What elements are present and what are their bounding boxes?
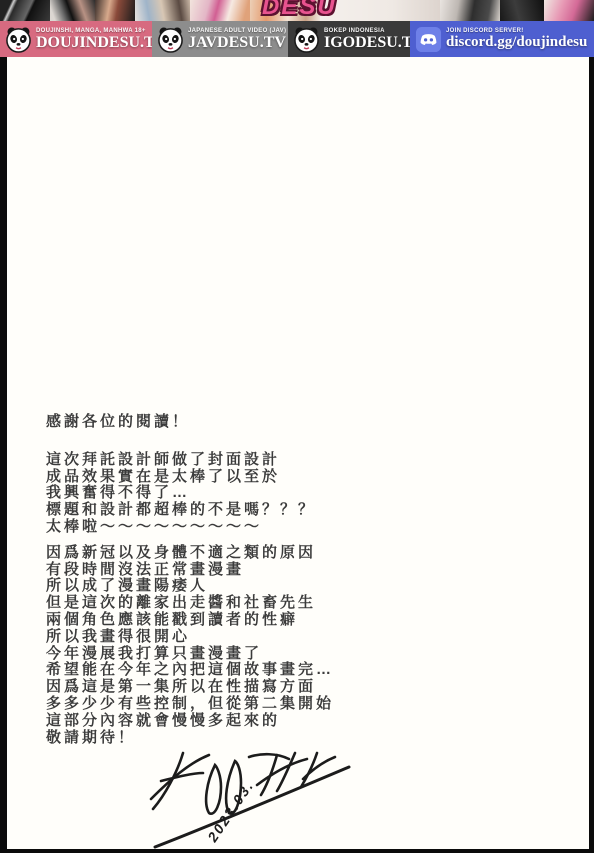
- afterword-line: 希望能在今年之內把這個故事畫完…: [46, 662, 334, 679]
- banner-art-cell: [500, 0, 544, 21]
- site-link-igodesu[interactable]: BOKEP INDONESIA IGODESU.TV: [288, 21, 410, 57]
- banner-art-cell: [135, 0, 190, 21]
- banner-art-cell: DESU: [320, 0, 440, 21]
- banner-artwork: DESU: [0, 0, 594, 21]
- panda-icon: [5, 26, 32, 53]
- author-signature: 2023.03.: [137, 751, 407, 851]
- site-name: IGODESU.TV: [324, 34, 410, 51]
- afterword-line: 因爲新冠以及身體不適之類的原因: [46, 545, 334, 562]
- site-text: JOIN DISCORD SERVER! discord.gg/doujinde…: [446, 28, 587, 51]
- site-name: discord.gg/doujindesu: [446, 34, 587, 51]
- banner-art-cell: [544, 0, 594, 21]
- panda-icon: [293, 26, 320, 53]
- site-link-javdesu[interactable]: JAPANESE ADULT VIDEO (JAV) JAVDESU.TV: [152, 21, 288, 57]
- afterword-line: 敬請期待！: [46, 730, 334, 747]
- banner-art-cell: [190, 0, 250, 21]
- afterword-paragraph: 因爲新冠以及身體不適之類的原因 有段時間沒法正常畫漫畫 所以成了漫畫陽痿人 但是…: [46, 545, 334, 747]
- site-name: JAVDESU.TV: [188, 34, 286, 51]
- afterword-line: 感謝各位的閱讀！: [46, 414, 334, 431]
- banner-logo-text: DESU: [262, 0, 337, 21]
- afterword-line: 多多少少有些控制，但從第二集開始: [46, 696, 334, 713]
- afterword-line: 這部分內容就會慢慢多起來的: [46, 713, 334, 730]
- afterword-line: 標題和設計都超棒的不是嗎？？？: [46, 502, 334, 519]
- manga-page: 感謝各位的閱讀！ 這次拜託設計師做了封面設計 成品效果實在是太棒了以至於 我興奮…: [7, 57, 589, 849]
- afterword-line: 今年漫展我打算只畫漫畫了: [46, 646, 334, 663]
- banner-art-cell: [440, 0, 500, 21]
- panda-icon: [157, 26, 184, 53]
- site-text: BOKEP INDONESIA IGODESU.TV: [324, 28, 410, 51]
- afterword-line: 太棒啦～～～～～～～～～: [46, 519, 334, 536]
- signature-date: 2023.03.: [204, 777, 257, 845]
- banner-art-cell: [95, 0, 135, 21]
- site-link-doujindesu[interactable]: DOUJINSHI, MANGA, MANHWA 18+ DOUJINDESU.…: [0, 21, 152, 57]
- banner-art-cell: [50, 0, 95, 21]
- site-text: JAPANESE ADULT VIDEO (JAV) JAVDESU.TV: [188, 28, 286, 51]
- afterword-line: 所以成了漫畫陽痿人: [46, 578, 334, 595]
- afterword-line: 兩個角色應該能戳到讀者的性癖: [46, 612, 334, 629]
- afterword-paragraph: 這次拜託設計師做了封面設計 成品效果實在是太棒了以至於 我興奮得不得了… 標題和…: [46, 452, 334, 536]
- site-text: DOUJINSHI, MANGA, MANHWA 18+ DOUJINDESU.…: [36, 28, 152, 51]
- site-link-bar: DOUJINSHI, MANGA, MANHWA 18+ DOUJINDESU.…: [0, 21, 594, 57]
- afterword-line: 我興奮得不得了…: [46, 485, 334, 502]
- site-name: DOUJINDESU.TV: [36, 34, 152, 51]
- afterword-line: 這次拜託設計師做了封面設計: [46, 452, 334, 469]
- banner-art-cell: [0, 0, 50, 21]
- site-link-discord[interactable]: JOIN DISCORD SERVER! discord.gg/doujinde…: [410, 21, 594, 57]
- afterword-line: 有段時間沒法正常畫漫畫: [46, 562, 334, 579]
- afterword-line: 所以我畫得很開心: [46, 629, 334, 646]
- afterword-paragraph: 感謝各位的閱讀！: [46, 414, 334, 431]
- afterword-line: 因爲這是第一集所以在性描寫方面: [46, 679, 334, 696]
- discord-icon: [415, 26, 442, 53]
- afterword-line: 成品效果實在是太棒了以至於: [46, 469, 334, 486]
- afterword-text: 感謝各位的閱讀！ 這次拜託設計師做了封面設計 成品效果實在是太棒了以至於 我興奮…: [46, 414, 334, 746]
- afterword-line: 但是這次的離家出走醬和社畜先生: [46, 595, 334, 612]
